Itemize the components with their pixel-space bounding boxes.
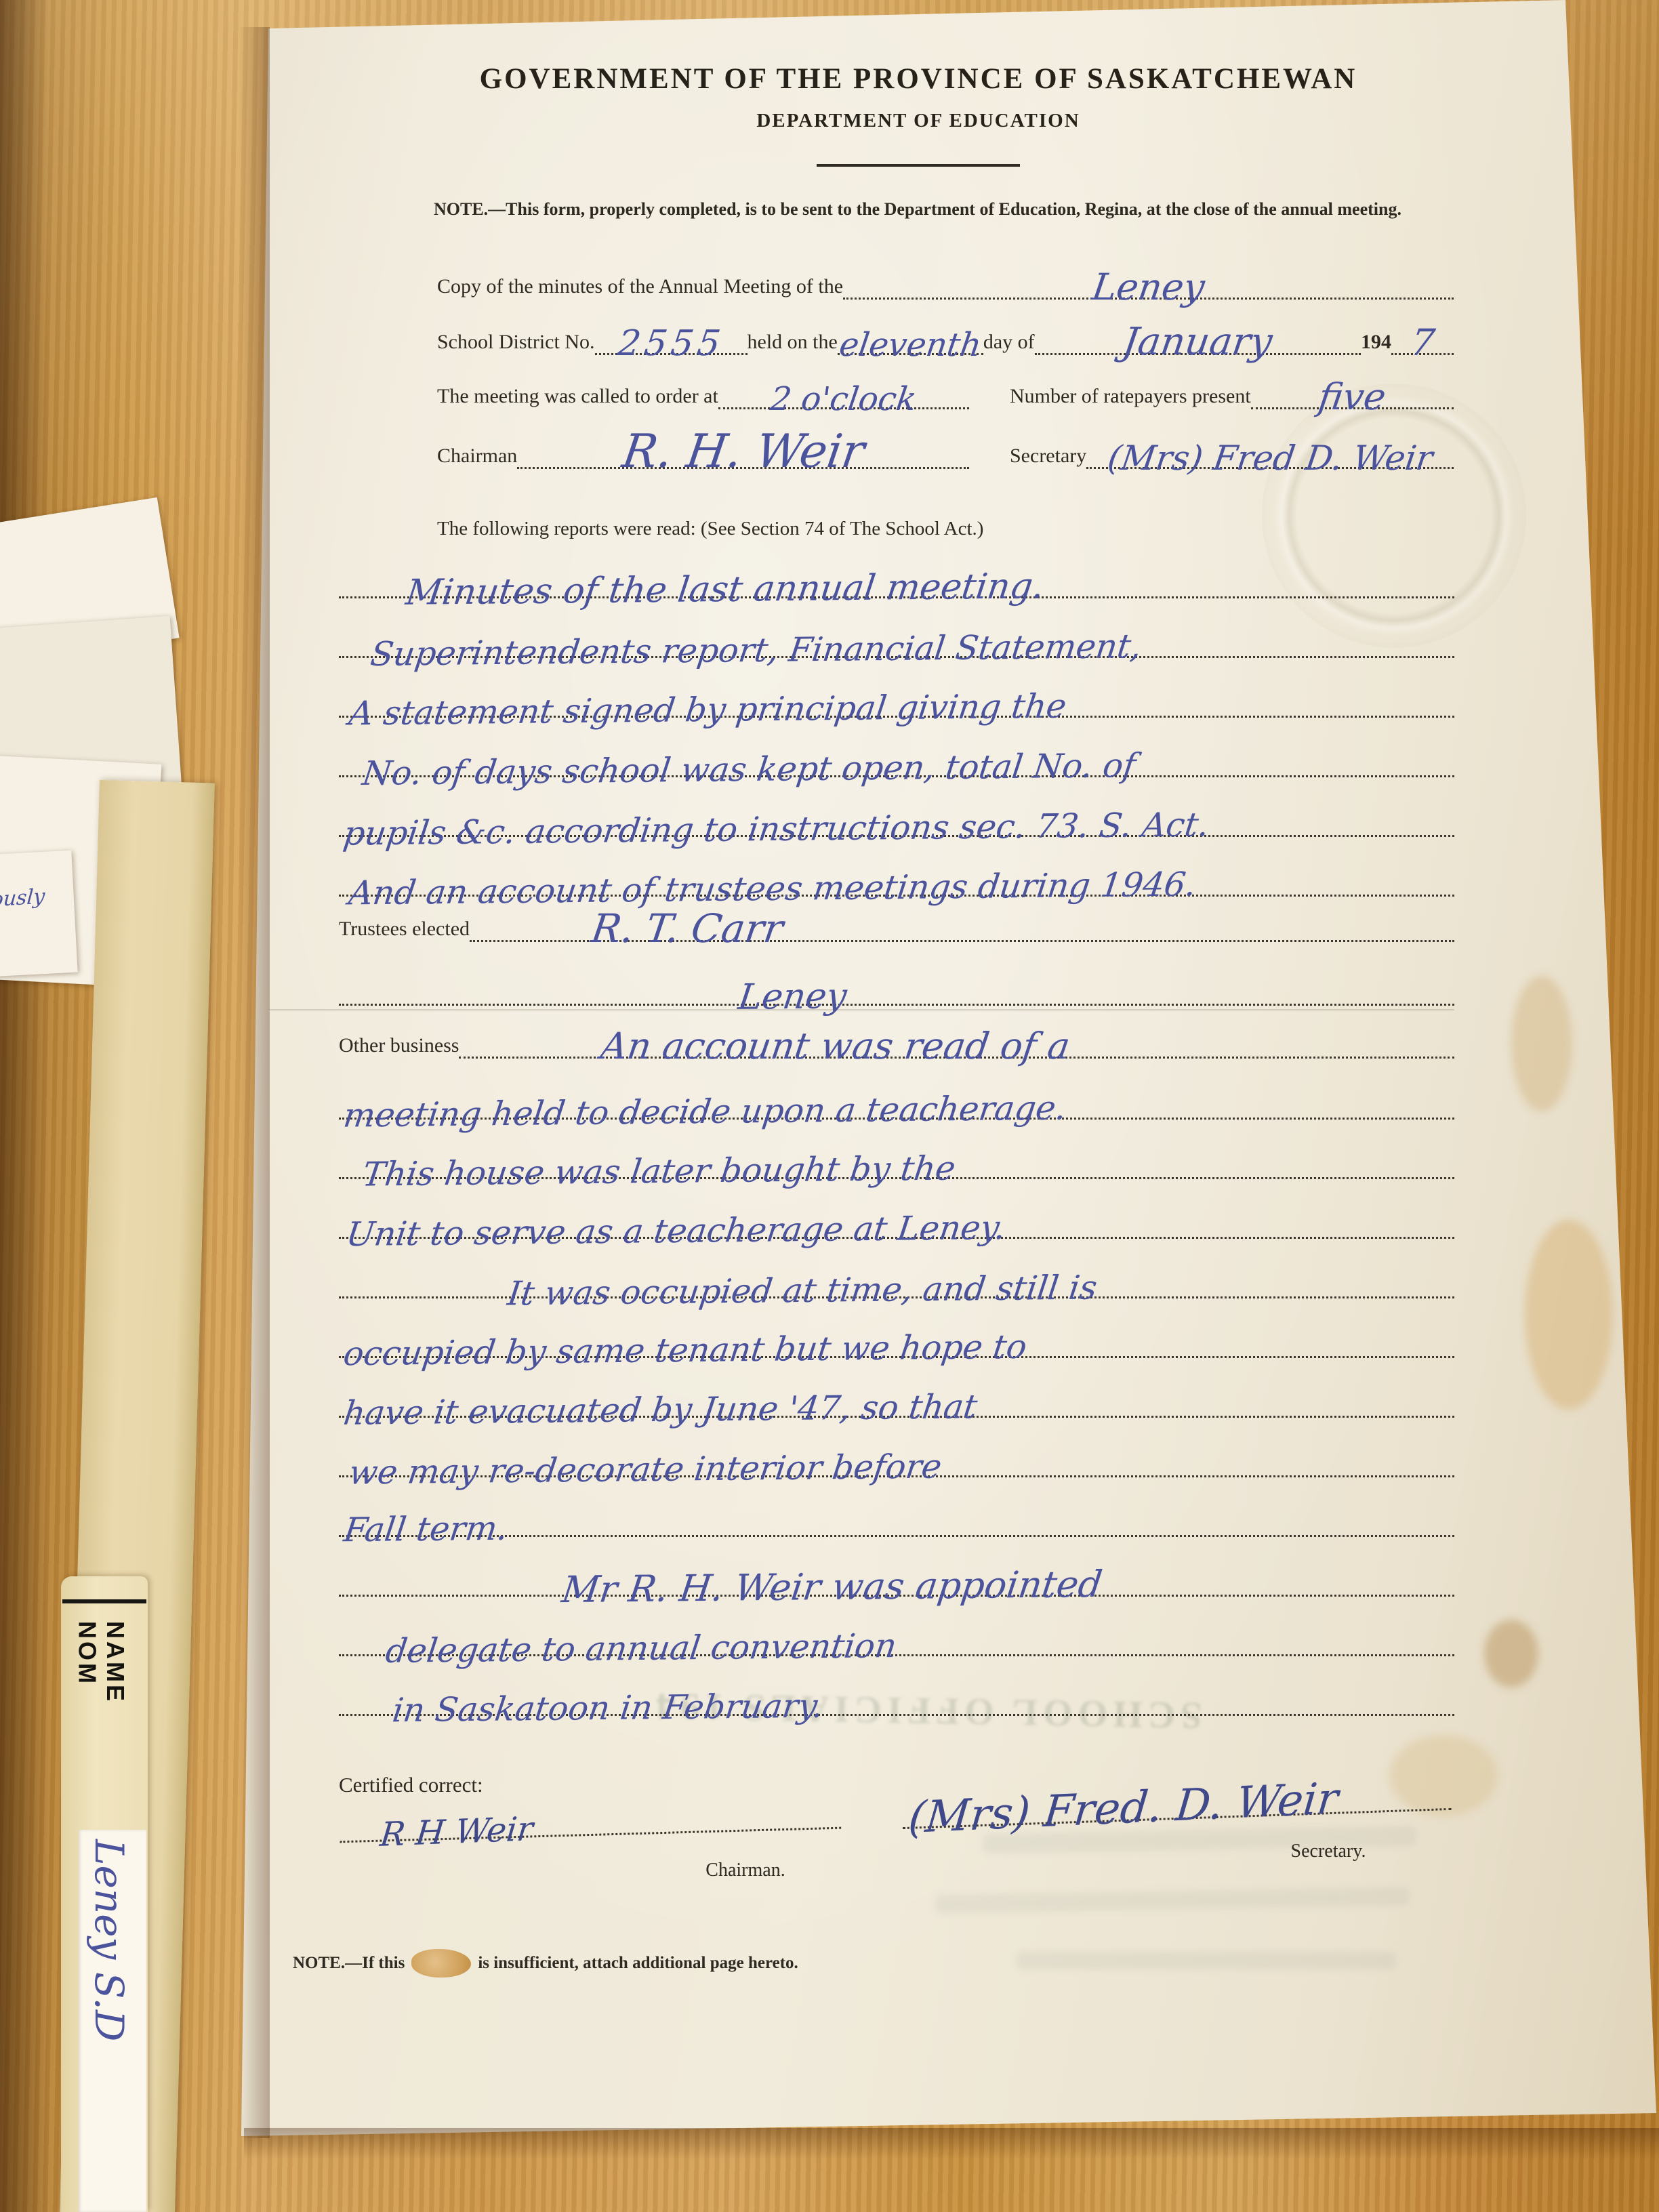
form-title: GOVERNMENT OF THE PROVINCE OF SASKATCHEW… xyxy=(271,62,1565,96)
other-business-row: Other business An account was read of a xyxy=(339,1002,1454,1059)
paper-bottom-shadow xyxy=(244,2128,1659,2159)
report-line-3: A statement signed by principal giving t… xyxy=(339,657,1454,718)
business-line-1: meeting held to decide upon a teacherage… xyxy=(339,1059,1454,1120)
field-row-meeting-of: Copy of the minutes of the Annual Meetin… xyxy=(437,258,1454,300)
reports-heading: The following reports were read: (See Se… xyxy=(437,519,983,539)
month-field: January xyxy=(1035,315,1361,355)
business-line-11: in Saskatoon in February. xyxy=(339,1656,1454,1716)
ratepayers-field: five xyxy=(1251,371,1454,409)
field-row-chairman: Chairman R. H. Weir xyxy=(437,415,969,469)
business-line-11-text: in Saskatoon in February. xyxy=(390,1689,825,1727)
trustees-line-2: Leney xyxy=(339,945,1454,1006)
copy-field: Leney xyxy=(843,261,1454,300)
trustees-label: Trustees elected xyxy=(339,919,470,942)
torn-spot xyxy=(411,1949,471,1978)
chairman-value-handwriting: R. H. Weir xyxy=(619,429,867,475)
photo-stage: ously NAME NOM Leney S.D SCHOOL OFFICIAL… xyxy=(0,0,1659,2212)
other-business-field: An account was read of a xyxy=(459,1020,1454,1059)
chairman-title: Chairman. xyxy=(576,1860,915,1881)
business-line-3: Unit to serve as a teacherage at Leney. xyxy=(339,1179,1454,1239)
title-rule xyxy=(817,164,1020,167)
form-note: NOTE.—This form, properly completed, is … xyxy=(434,198,1469,221)
order-value-handwriting: 2 o'clock xyxy=(769,383,919,415)
year-field: 7 xyxy=(1391,316,1454,355)
district-value-handwriting: 2555 xyxy=(615,326,726,361)
business-line-8: Fall term. xyxy=(339,1477,1454,1537)
tab-bilingual-label: NAME NOM xyxy=(73,1621,129,1845)
report-line-5: pupils &c. according to instructions sec… xyxy=(339,777,1454,837)
ratepayers-label: Number of ratepayers present xyxy=(1010,386,1251,409)
secretary-title: Secretary. xyxy=(1159,1841,1498,1862)
district-label: School District No. xyxy=(437,332,595,355)
paper-scrap: ously xyxy=(0,851,78,977)
order-field: 2 o'clock xyxy=(718,375,969,409)
stain xyxy=(1525,1220,1613,1410)
business-line-5: occupied by same tenant but we hope to xyxy=(339,1298,1454,1358)
year-printed: 194 xyxy=(1361,332,1391,355)
secretary-field: (Mrs) Fred D. Weir xyxy=(1086,433,1454,469)
year-value-handwriting: 7 xyxy=(1408,325,1437,361)
held-field: eleventh xyxy=(838,321,983,355)
ratepayers-value-handwriting: five xyxy=(1316,379,1388,415)
day-of-label: day of xyxy=(983,332,1035,355)
secretary-value-handwriting: (Mrs) Fred D. Weir xyxy=(1105,441,1435,475)
footer-note-pre: NOTE.—If this xyxy=(293,1954,405,1973)
footer-note-post: is insufficient, attach additional page … xyxy=(478,1954,798,1973)
report-line-4: No. of days school was kept open, total … xyxy=(339,717,1454,777)
business-line-4: It was occupied at time, and still is xyxy=(339,1238,1454,1298)
chairman-label: Chairman xyxy=(437,446,517,469)
trustees-field: R. T. Carr xyxy=(470,901,1454,942)
field-row-secretary: Secretary (Mrs) Fred D. Weir xyxy=(1010,415,1454,469)
trustees-value-handwriting: R. T. Carr xyxy=(589,909,785,948)
footer-note: NOTE.—If this is insufficient, attach ad… xyxy=(293,1949,798,1978)
paper-edge-shadow xyxy=(239,27,270,2138)
business-line-9: Mr R. H. Weir was appointed xyxy=(339,1536,1454,1597)
tab-name-sticker: Leney S.D xyxy=(79,1830,146,2212)
tab-divider-line xyxy=(62,1599,146,1603)
report-line-1: Minutes of the last annual meeting. xyxy=(339,538,1454,598)
field-row-ratepayers: Number of ratepayers present five xyxy=(1010,366,1454,409)
business-line-10: delegate to annual convention xyxy=(339,1596,1454,1656)
handwriting-fragment: ously xyxy=(0,886,45,910)
other-business-label: Other business xyxy=(339,1036,459,1059)
district-field: 2555 xyxy=(595,318,747,355)
month-value-handwriting: January xyxy=(1120,323,1275,361)
copy-value-handwriting: Leney xyxy=(1090,269,1207,306)
tab-nom-label: NOM xyxy=(73,1621,101,1845)
business-line-6: have it evacuated by June '47, so that xyxy=(339,1357,1454,1418)
tab-name-label: NAME xyxy=(101,1621,129,1845)
chairman-field: R. H. Weir xyxy=(517,421,969,469)
chairman-signature: R H Weir xyxy=(378,1812,534,1851)
copy-label: Copy of the minutes of the Annual Meetin… xyxy=(437,276,843,300)
field-row-district-date: School District No. 2555 held on the ele… xyxy=(437,310,1454,355)
field-row-called-to-order: The meeting was called to order at 2 o'c… xyxy=(437,366,969,409)
report-line-2: Superintendents report, Financial Statem… xyxy=(339,598,1454,658)
business-line-7: we may re-decorate interior before xyxy=(339,1417,1454,1477)
order-label: The meeting was called to order at xyxy=(437,386,718,409)
business-line-2: This house was later bought by the xyxy=(339,1119,1454,1179)
trustees-row: Trustees elected R. T. Carr xyxy=(339,885,1454,942)
stain xyxy=(1484,1620,1538,1687)
held-value-handwriting: eleventh xyxy=(838,329,984,361)
wood-shadow-left xyxy=(0,0,49,2212)
stain xyxy=(1511,976,1572,1111)
form-subtitle: DEPARTMENT OF EDUCATION xyxy=(271,110,1565,132)
ghost-showthrough-bar xyxy=(1017,1952,1396,1969)
tab-handwritten-name: Leney S.D xyxy=(89,1839,129,2041)
secretary-label: Secretary xyxy=(1010,446,1086,469)
held-label: held on the xyxy=(747,332,838,355)
